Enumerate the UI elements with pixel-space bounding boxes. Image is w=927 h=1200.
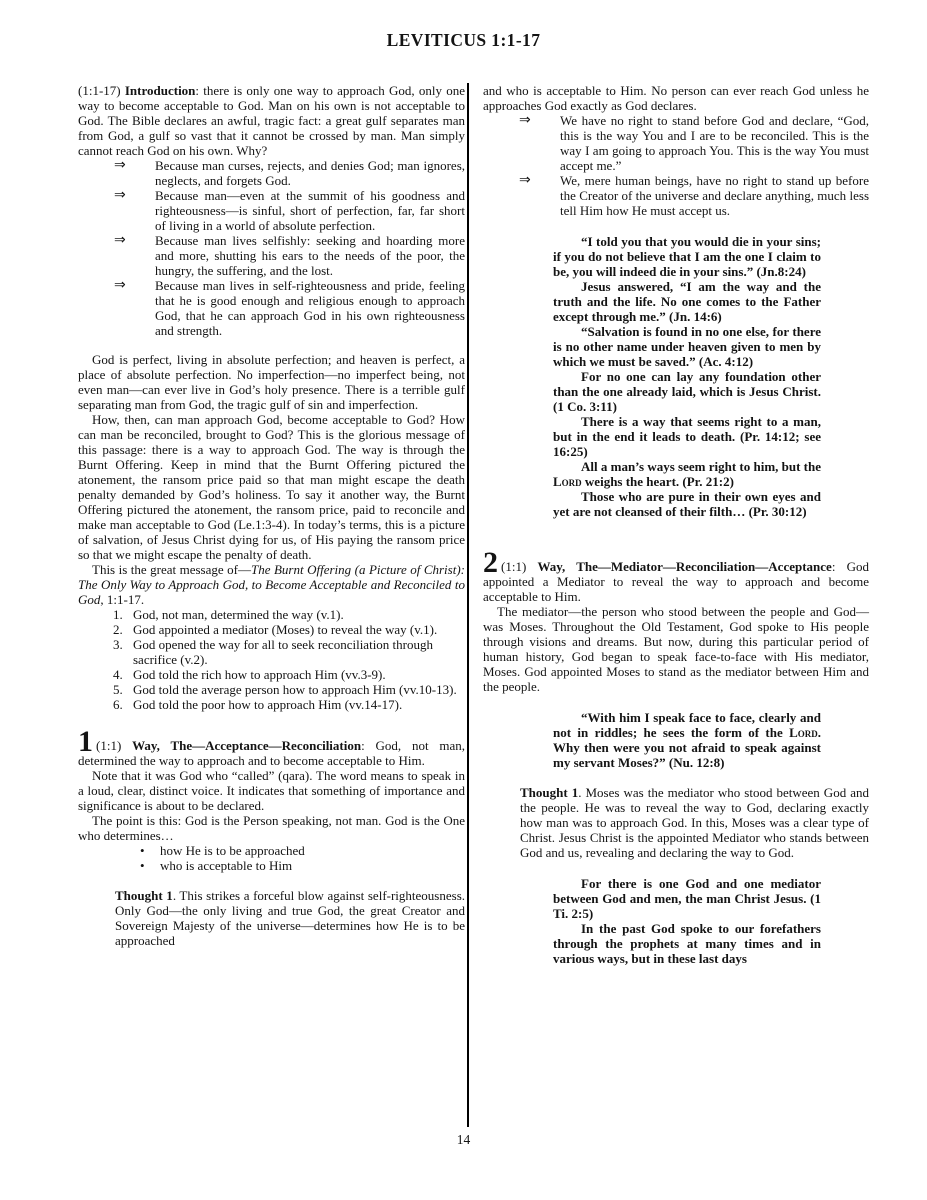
message-paragraph: This is the great message of—The Burnt O… [78, 562, 465, 607]
intro-paragraph: (1:1-17) Introduction: there is only one… [78, 83, 465, 158]
verse-text: “Salvation is found in no one else, for … [553, 324, 821, 369]
arrow-item-text: We have no right to stand before God and… [560, 113, 869, 173]
double-arrow-icon: ⇒ [519, 113, 531, 128]
scripture-verse: Jesus answered, “I am the way and the tr… [553, 279, 821, 324]
message-pre: This is the great message of— [92, 562, 251, 577]
bullet-item-text: how He is to be approached [160, 843, 305, 858]
outline-text: God, not man, determined the way (v.1). [133, 607, 344, 622]
page-number: 14 [0, 1132, 927, 1148]
outline-text: God told the rich how to approach Him (v… [133, 667, 386, 682]
verse-text: Jesus answered, “I am the way and the tr… [553, 279, 821, 324]
body-paragraph: The mediator—the person who stood betwee… [483, 604, 869, 694]
outline-text: God appointed a mediator (Moses) to reve… [133, 622, 437, 637]
scripture-verse: There is a way that seems right to a man… [553, 414, 821, 459]
verse-text: weighs the heart. (Pr. 21:2) [582, 474, 734, 489]
arrow-item-text: Because man lives selfishly: seeking and… [155, 233, 465, 278]
verse-text: For no one can lay any foundation other … [553, 369, 821, 414]
body-paragraph: How, then, can man approach God, become … [78, 412, 465, 562]
outline-number: 1. [113, 607, 123, 622]
verse-text: There is a way that seems right to a man… [553, 414, 821, 459]
arrow-list-item: ⇒Because man lives in self-righteousness… [78, 278, 465, 338]
outline-item: 2.God appointed a mediator (Moses) to re… [78, 622, 465, 637]
body-paragraph: The point is this: God is the Person spe… [78, 813, 465, 843]
scripture-verse: “Salvation is found in no one else, for … [553, 324, 821, 369]
two-column-body: (1:1-17) Introduction: there is only one… [78, 83, 927, 1127]
arrow-item-text: Because man lives in self-righteousness … [155, 278, 465, 338]
verse-smallcaps: Lord [789, 725, 818, 740]
double-arrow-icon: ⇒ [114, 188, 126, 203]
verse-text: All a man’s ways seem right to him, but … [581, 459, 821, 474]
continuation-paragraph: and who is acceptable to Him. No person … [483, 83, 869, 113]
outline-text: God told the poor how to approach Him (v… [133, 697, 402, 712]
outline-item: 5.God told the average person how to app… [78, 682, 465, 697]
outline-number: 4. [113, 667, 123, 682]
thought-paragraph: Thought 1. This strikes a forceful blow … [115, 888, 465, 948]
scripture-verse: All a man’s ways seem right to him, but … [553, 459, 821, 489]
body-paragraph: God is perfect, living in absolute perfe… [78, 352, 465, 412]
right-column: and who is acceptable to Him. No person … [469, 83, 869, 1127]
outline-number: 5. [113, 682, 123, 697]
thought-label: Thought 1 [115, 888, 173, 903]
scripture-verse: For no one can lay any foundation other … [553, 369, 821, 414]
document-page: LEVITICUS 1:1-17 (1:1-17) Introduction: … [0, 0, 927, 1200]
section-2-heading: 2(1:1) Way, The—Mediator—Reconciliation—… [483, 559, 869, 604]
outline-text: God opened the way for all to seek recon… [133, 637, 433, 667]
double-arrow-icon: ⇒ [114, 278, 126, 293]
intro-label: Introduction [125, 83, 196, 98]
bullet-list-item: •who is acceptable to Him [78, 858, 465, 873]
outline-number: 2. [113, 622, 123, 637]
body-paragraph: Note that it was God who “called” (qara)… [78, 768, 465, 813]
scripture-verse: For there is one God and one mediator be… [553, 876, 821, 921]
verse-text: In the past God spoke to our forefathers… [553, 921, 821, 966]
arrow-item-text: We, mere human beings, have no right to … [560, 173, 869, 218]
bullet-list-item: •how He is to be approached [78, 843, 465, 858]
section-1-reference: (1:1) [96, 738, 132, 753]
verse-text: Those who are pure in their own eyes and… [553, 489, 821, 519]
bullet-icon: • [140, 858, 145, 873]
arrow-list-item: ⇒Because man lives selfishly: seeking an… [78, 233, 465, 278]
double-arrow-icon: ⇒ [114, 158, 126, 173]
arrow-list-item: ⇒We, mere human beings, have no right to… [483, 173, 869, 218]
double-arrow-icon: ⇒ [519, 173, 531, 188]
scripture-quote-block: For there is one God and one mediator be… [553, 876, 821, 966]
arrow-list-item: ⇒Because man—even at the summit of his g… [78, 188, 465, 233]
verse-smallcaps: Lord [553, 474, 582, 489]
outline-item: 3.God opened the way for all to seek rec… [78, 637, 465, 667]
outline-item: 6.God told the poor how to approach Him … [78, 697, 465, 712]
arrow-list-item: ⇒Because man curses, rejects, and denies… [78, 158, 465, 188]
outline-item: 4.God told the rich how to approach Him … [78, 667, 465, 682]
arrow-item-text: Because man curses, rejects, and denies … [155, 158, 465, 188]
outline-text: God told the average person how to appro… [133, 682, 457, 697]
arrow-list-item: ⇒We have no right to stand before God an… [483, 113, 869, 173]
left-column: (1:1-17) Introduction: there is only one… [78, 83, 467, 1127]
scripture-verse: Those who are pure in their own eyes and… [553, 489, 821, 519]
bullet-item-text: who is acceptable to Him [160, 858, 292, 873]
scripture-verse: In the past God spoke to our forefathers… [553, 921, 821, 966]
section-1-title: Way, The—Acceptance—Reconciliation [132, 738, 361, 753]
scripture-verse: “With him I speak face to face, clearly … [553, 710, 821, 770]
double-arrow-icon: ⇒ [114, 233, 126, 248]
outline-number: 6. [113, 697, 123, 712]
thought-paragraph: Thought 1. Moses was the mediator who st… [520, 785, 869, 860]
scripture-quote-block: “I told you that you would die in your s… [553, 234, 821, 519]
section-1-heading: 1(1:1) Way, The—Acceptance—Reconciliatio… [78, 738, 465, 768]
thought-label: Thought 1 [520, 785, 578, 800]
verse-text: “With him I speak face to face, clearly … [553, 710, 821, 740]
page-title: LEVITICUS 1:1-17 [0, 0, 927, 51]
section-2-reference: (1:1) [501, 559, 537, 574]
scripture-quote-block: “With him I speak face to face, clearly … [553, 710, 821, 770]
message-post: , 1:1-17. [100, 592, 144, 607]
bullet-icon: • [140, 843, 145, 858]
verse-text: “I told you that you would die in your s… [553, 234, 821, 279]
outline-item: 1.God, not man, determined the way (v.1)… [78, 607, 465, 622]
intro-reference: (1:1-17) [78, 83, 125, 98]
verse-text: For there is one God and one mediator be… [553, 876, 821, 921]
scripture-verse: “I told you that you would die in your s… [553, 234, 821, 279]
arrow-item-text: Because man—even at the summit of his go… [155, 188, 465, 233]
outline-number: 3. [113, 637, 123, 652]
section-2-title: Way, The—Mediator—Reconciliation—Accepta… [537, 559, 831, 574]
